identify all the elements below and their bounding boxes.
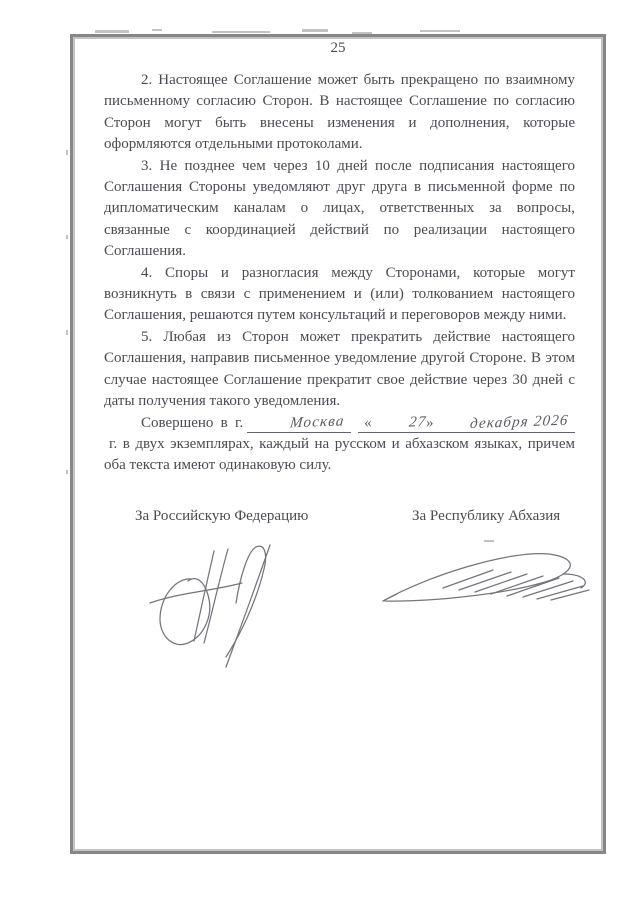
scan-artifact xyxy=(484,540,494,542)
page-number: 25 xyxy=(70,40,606,57)
handwritten-day: 27 xyxy=(370,412,427,435)
agreement-paragraph-3: 3. Не позднее чем через 10 дней после по… xyxy=(104,156,575,263)
scan-artifact xyxy=(352,32,372,34)
closing-suffix: г. в двух экземплярах, каждый на русском… xyxy=(104,436,575,473)
closing-paragraph: Совершено в г.Москва «27»декабря 2026г. … xyxy=(104,413,575,477)
agreement-paragraph-2: 2. Настоящее Соглашение может быть прекр… xyxy=(104,70,575,156)
scan-artifact xyxy=(66,150,68,155)
agreement-paragraph-5: 5. Любая из Сторон может прекратить дейс… xyxy=(104,327,575,413)
handwritten-city: Москва xyxy=(252,411,346,436)
scan-artifact xyxy=(212,31,270,33)
scan-artifact xyxy=(66,235,68,239)
scan-artifact xyxy=(66,470,68,474)
scan-artifact xyxy=(66,330,68,335)
signature-label-russia: За Российскую Федерацию xyxy=(135,508,308,525)
scan-artifact xyxy=(95,30,129,33)
scan-artifact xyxy=(302,29,328,32)
handwritten-month-year: декабря 2026 xyxy=(432,410,570,436)
agreement-paragraph-4: 4. Споры и разногласия между Сторонами, … xyxy=(104,263,575,327)
signature-abkhazia-ink xyxy=(373,544,598,614)
signature-label-abkhazia: За Республику Абхазия xyxy=(412,508,560,525)
open-quote: « xyxy=(364,415,372,431)
scan-artifact xyxy=(420,30,460,32)
closing-prefix: Совершено в г. xyxy=(141,415,243,431)
scanned-document-page: { "doc": { "page_number": "25", "paragra… xyxy=(0,0,640,906)
handwritten-date-field: «27»декабря 2026 xyxy=(358,415,575,433)
agreement-text-block: 2. Настоящее Соглашение может быть прекр… xyxy=(104,70,575,477)
signature-russia-ink xyxy=(148,541,308,671)
handwritten-city-field: Москва xyxy=(247,415,351,433)
scan-artifact xyxy=(152,29,162,31)
